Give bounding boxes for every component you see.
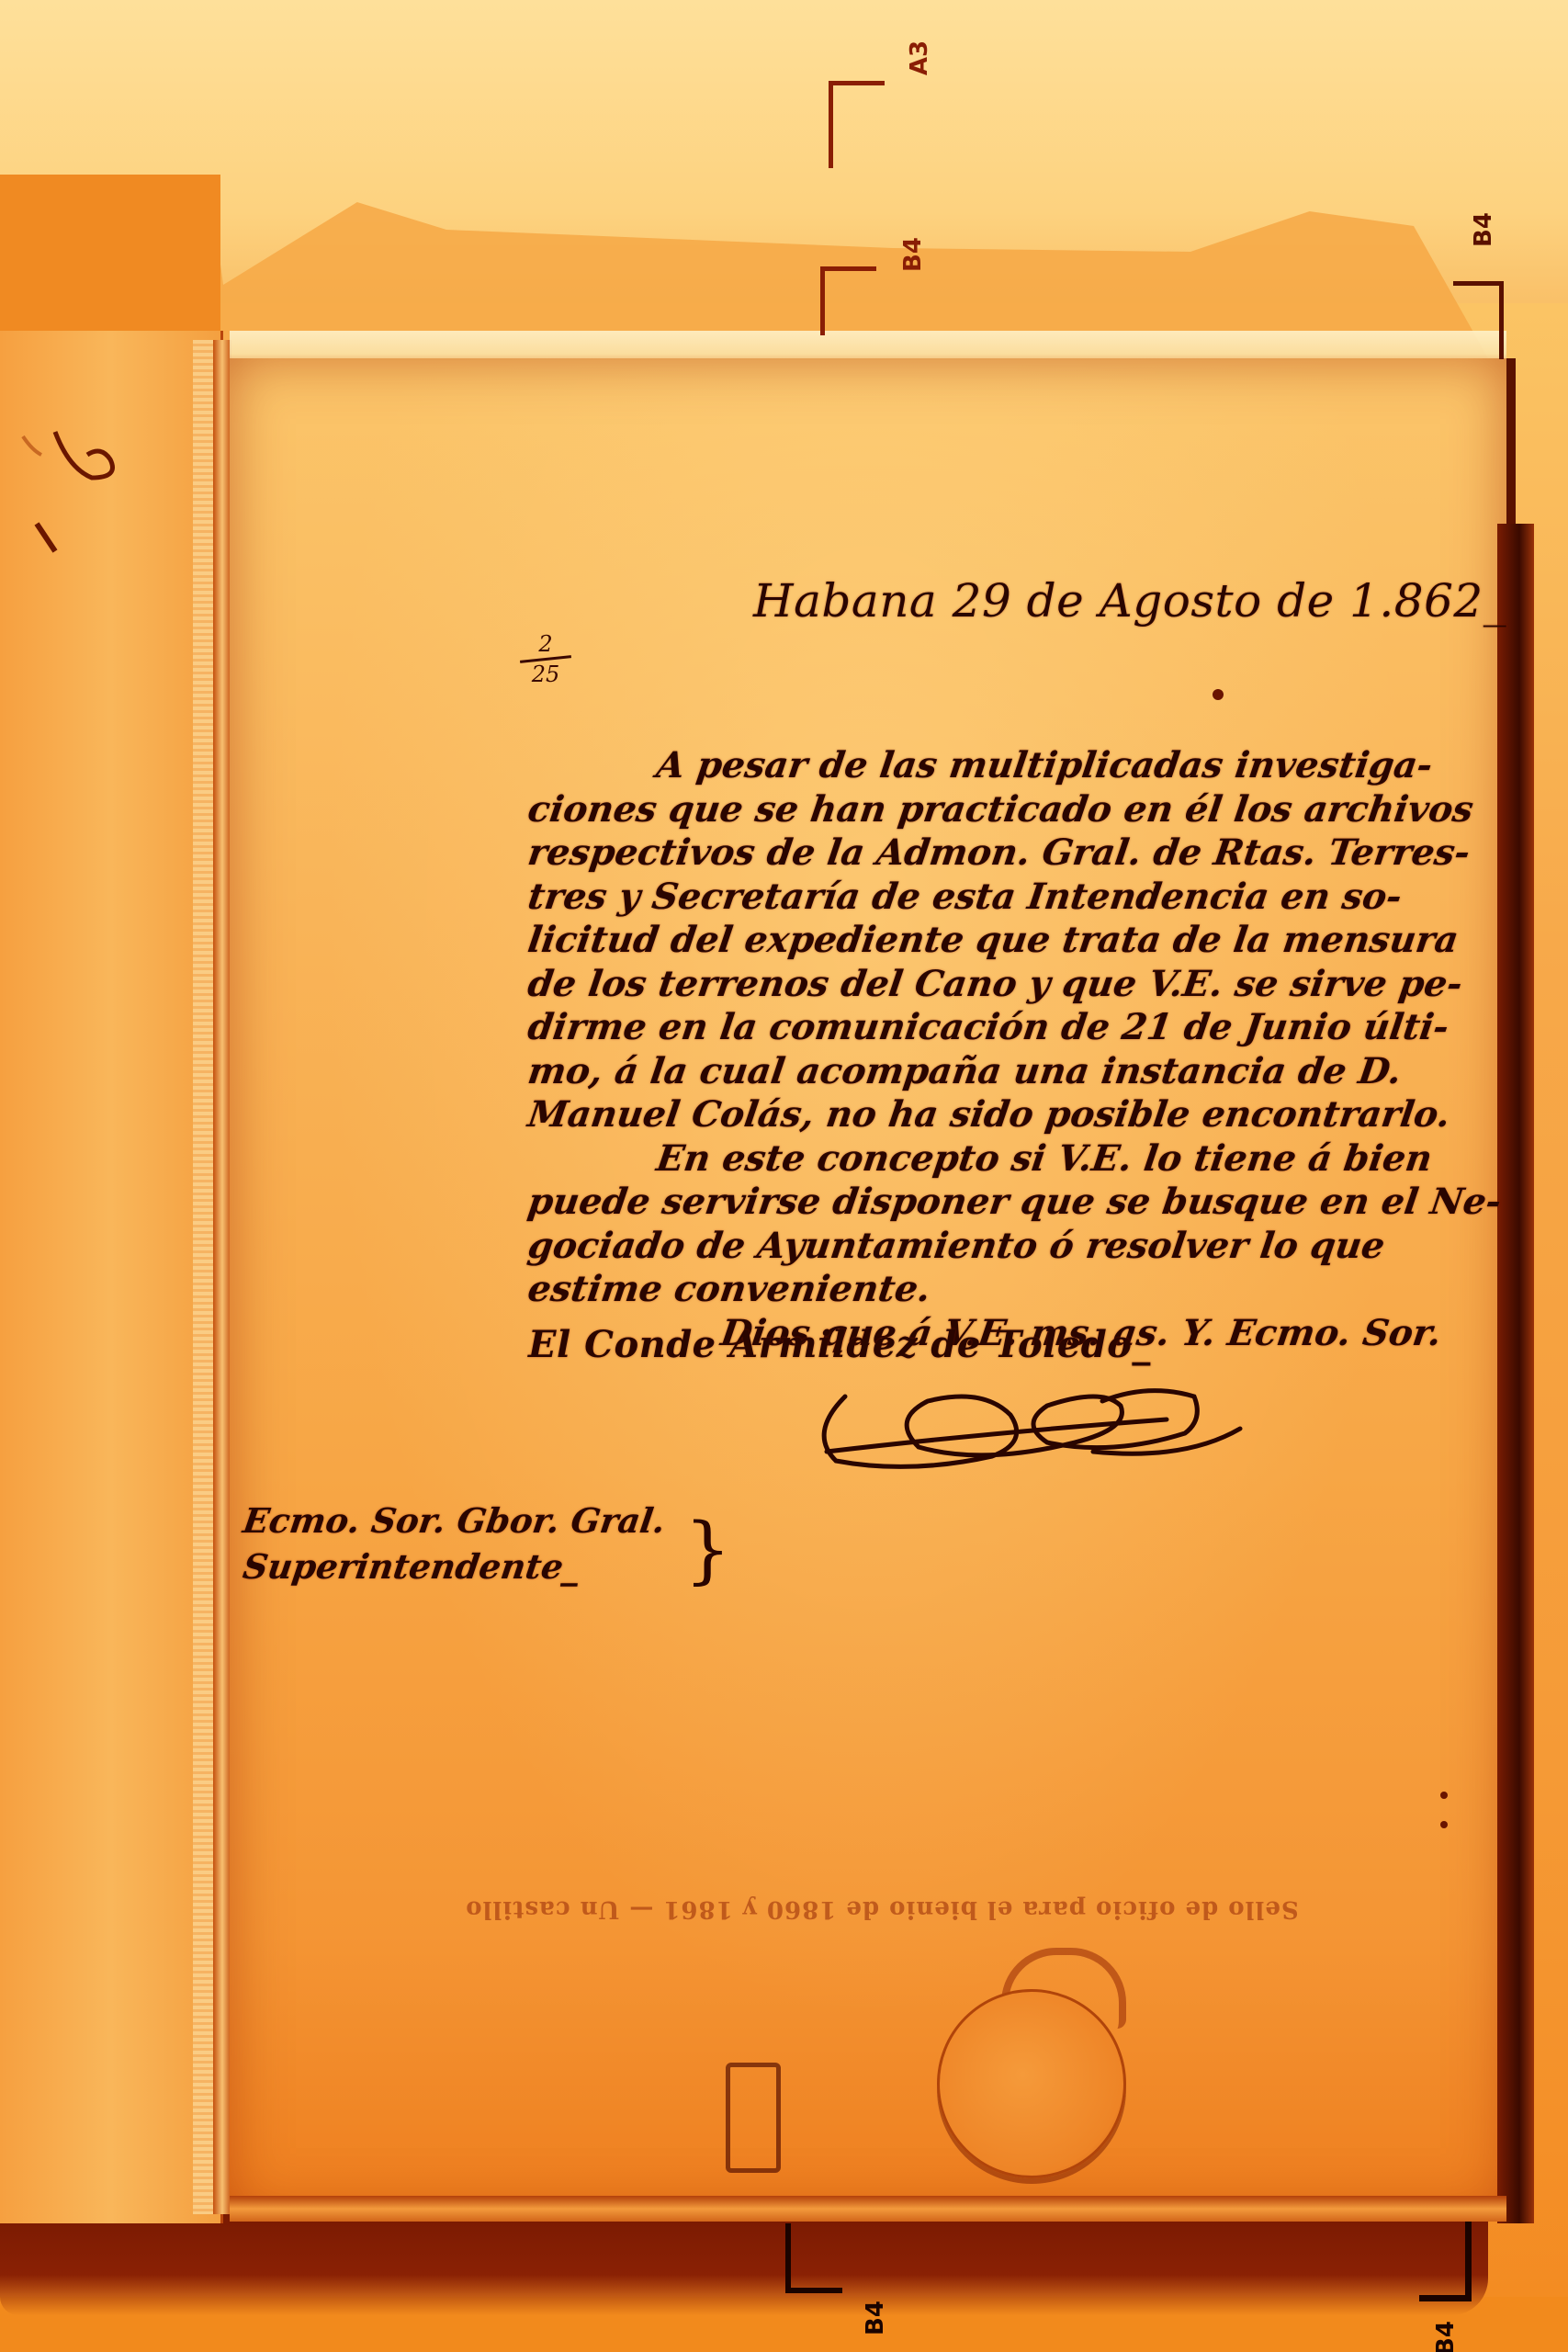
crop-label-a3: A3 xyxy=(906,40,933,75)
page-right-edge xyxy=(1497,524,1534,2223)
brace-mark: } xyxy=(684,1507,731,1592)
ink-dot xyxy=(1440,1821,1448,1828)
addressee-block: Ecmo. Sor. Gbor. Gral. Superintendente_ xyxy=(243,1498,665,1589)
folio-mark: 2 25 xyxy=(520,632,571,686)
signature-flourish-icon xyxy=(799,1378,1314,1479)
bleed-through-mark xyxy=(18,423,129,606)
folio-numerator: 2 xyxy=(520,632,571,656)
body-line: mo, á la cual acompaña una instancia de … xyxy=(525,1050,1487,1094)
ink-dot xyxy=(1440,1792,1448,1799)
place-date-line: Habana 29 de Agosto de 1.862_ xyxy=(753,574,1506,628)
crop-label-b4-bottom-center: B4 xyxy=(862,2301,889,2335)
body-line: ciones que se han practicado en él los a… xyxy=(525,788,1487,832)
crop-label-b4-upper-right: B4 xyxy=(1470,212,1497,247)
body-line: puede servirse disponer que se busque en… xyxy=(525,1181,1487,1225)
folio-denominator: 25 xyxy=(520,662,571,686)
body-line: A pesar de las multiplicadas investiga- xyxy=(525,744,1487,788)
page-bottom-edge xyxy=(230,2196,1506,2222)
bottom-shadow xyxy=(0,2214,1488,2315)
binding-strip xyxy=(213,340,231,2214)
body-line: Manuel Colás, no ha sido posible encontr… xyxy=(525,1093,1487,1137)
crop-mark-b4-bottom-center xyxy=(785,2223,842,2293)
body-line: tres y Secretaría de esta Intendencia en… xyxy=(525,876,1487,920)
crop-label-b4-upper-center: B4 xyxy=(899,237,927,272)
body-line: respectivos de la Admon. Gral. de Rtas. … xyxy=(525,831,1487,876)
letter-body: A pesar de las multiplicadas investiga- … xyxy=(528,744,1483,1355)
clip-stain xyxy=(726,2063,781,2173)
body-line: En este concepto si V.E. lo tiene á bien xyxy=(525,1137,1487,1182)
left-page xyxy=(0,331,223,2223)
crop-mark-b4-upper-center xyxy=(820,266,876,335)
addressee-line: Ecmo. Sor. Gbor. Gral. xyxy=(240,1498,668,1543)
addressee-line: Superintendente_ xyxy=(240,1543,668,1589)
ink-dot xyxy=(1213,689,1224,700)
body-line: dirme en la comunicación de 21 de Junio … xyxy=(525,1006,1487,1050)
crop-mark-b4-bottom-right xyxy=(1419,2222,1472,2301)
crop-label-b4-bottom-right: B4 xyxy=(1432,2321,1460,2352)
crop-mark-b4-upper-right xyxy=(1453,281,1504,359)
body-line: de los terrenos del Cano y que V.E. se s… xyxy=(525,963,1487,1007)
body-line: estime conveniente. xyxy=(525,1268,1487,1312)
body-line: gociado de Ayuntamiento ó resolver lo qu… xyxy=(525,1225,1487,1269)
body-line: licitud del expediente que trata de la m… xyxy=(525,919,1487,963)
crop-mark-a3 xyxy=(829,81,885,168)
signatory-name: El Conde Armildez de Toledo_ xyxy=(528,1323,1151,1366)
wax-seal xyxy=(937,1989,1126,2178)
mirrored-stamp-text: Sello de oficio para el bienio de 1860 y… xyxy=(432,1895,1332,1923)
